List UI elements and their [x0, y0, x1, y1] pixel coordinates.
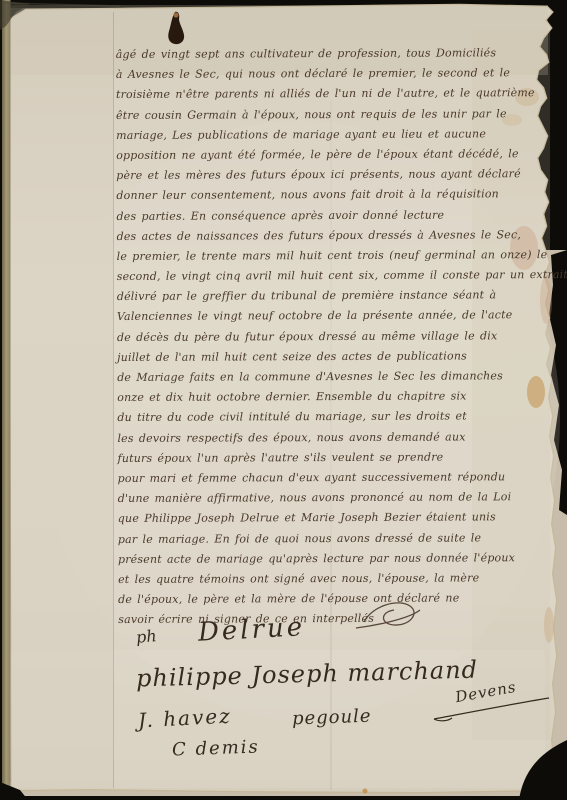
manuscript-line: par le mariage. En foi de quoi nous avon…	[118, 528, 567, 550]
manuscript-line: d'une manière affirmative, nous avons pr…	[118, 487, 567, 509]
manuscript-line: pour mari et femme chacun d'eux ayant su…	[118, 467, 567, 489]
manuscript-line: Valenciennes le vingt neuf octobre de la…	[117, 305, 567, 327]
manuscript-line: opposition ne ayant été formée, le père …	[116, 144, 567, 166]
manuscript-line: présent acte de mariage qu'après lecture…	[118, 548, 567, 570]
ink-blot-head	[173, 12, 178, 17]
manuscript-line: du titre du code civil intitulé du maria…	[117, 406, 567, 428]
signature-delrue: Delrue	[197, 612, 306, 648]
manuscript-line: de l'époux, le père et la mère de l'épou…	[118, 588, 567, 610]
manuscript-line: des parties. En conséquence après avoir …	[116, 205, 567, 227]
manuscript-line: être cousin Germain à l'époux, nous ont …	[116, 104, 567, 126]
manuscript-line: mariage, Les publications de mariage aya…	[116, 124, 567, 146]
signature-initials: ph	[135, 626, 157, 647]
manuscript-line: à Avesnes le Sec, qui nous ont déclaré l…	[116, 63, 567, 85]
manuscript-line: les devoirs respectifs des époux, nous a…	[117, 427, 567, 449]
signature-havez: J. havez	[137, 704, 232, 733]
manuscript-line: futurs époux l'un après l'autre s'ils ve…	[117, 447, 567, 469]
manuscript-line: et les quatre témoins ont signé avec nou…	[118, 568, 567, 590]
manuscript-line: délivré par le greffier du tribunal de p…	[117, 285, 567, 307]
manuscript-line: savoir écrire ni signer de ce en interpe…	[118, 608, 567, 630]
paper-shade-margin	[10, 8, 113, 788]
manuscript-line: juillet de l'an mil huit cent seize des …	[117, 346, 567, 368]
manuscript-line: de Mariage faits en la commune d'Avesnes…	[117, 366, 567, 388]
scanned-manuscript-page: âgé de vingt sept ans cultivateur de pro…	[0, 0, 567, 800]
manuscript-line: des actes de naissances des futurs époux…	[117, 225, 567, 247]
manuscript-line: troisième n'être parents ni alliés de l'…	[116, 83, 567, 105]
stain-dot	[363, 789, 368, 794]
manuscript-line: que Philippe Joseph Delrue et Marie Jose…	[118, 507, 567, 529]
manuscript-line: second, le vingt cinq avril mil huit cen…	[117, 265, 567, 287]
binding-strip	[2, 0, 11, 800]
manuscript-line: âgé de vingt sept ans cultivateur de pro…	[116, 43, 567, 65]
signature-demis: C demis	[172, 736, 260, 760]
manuscript-body: âgé de vingt sept ans cultivateur de pro…	[116, 43, 567, 630]
signature-pegoule: pegoule	[292, 706, 372, 730]
manuscript-line: donner leur consentement, nous avons fai…	[116, 184, 567, 206]
manuscript-line: père et les mères des futurs époux ici p…	[116, 164, 567, 186]
manuscript-line: de décès du père du futur époux dressé a…	[117, 326, 567, 348]
manuscript-line: onze et dix huit octobre dernier. Ensemb…	[117, 386, 567, 408]
manuscript-line: le premier, le trente mars mil huit cent…	[117, 245, 567, 267]
